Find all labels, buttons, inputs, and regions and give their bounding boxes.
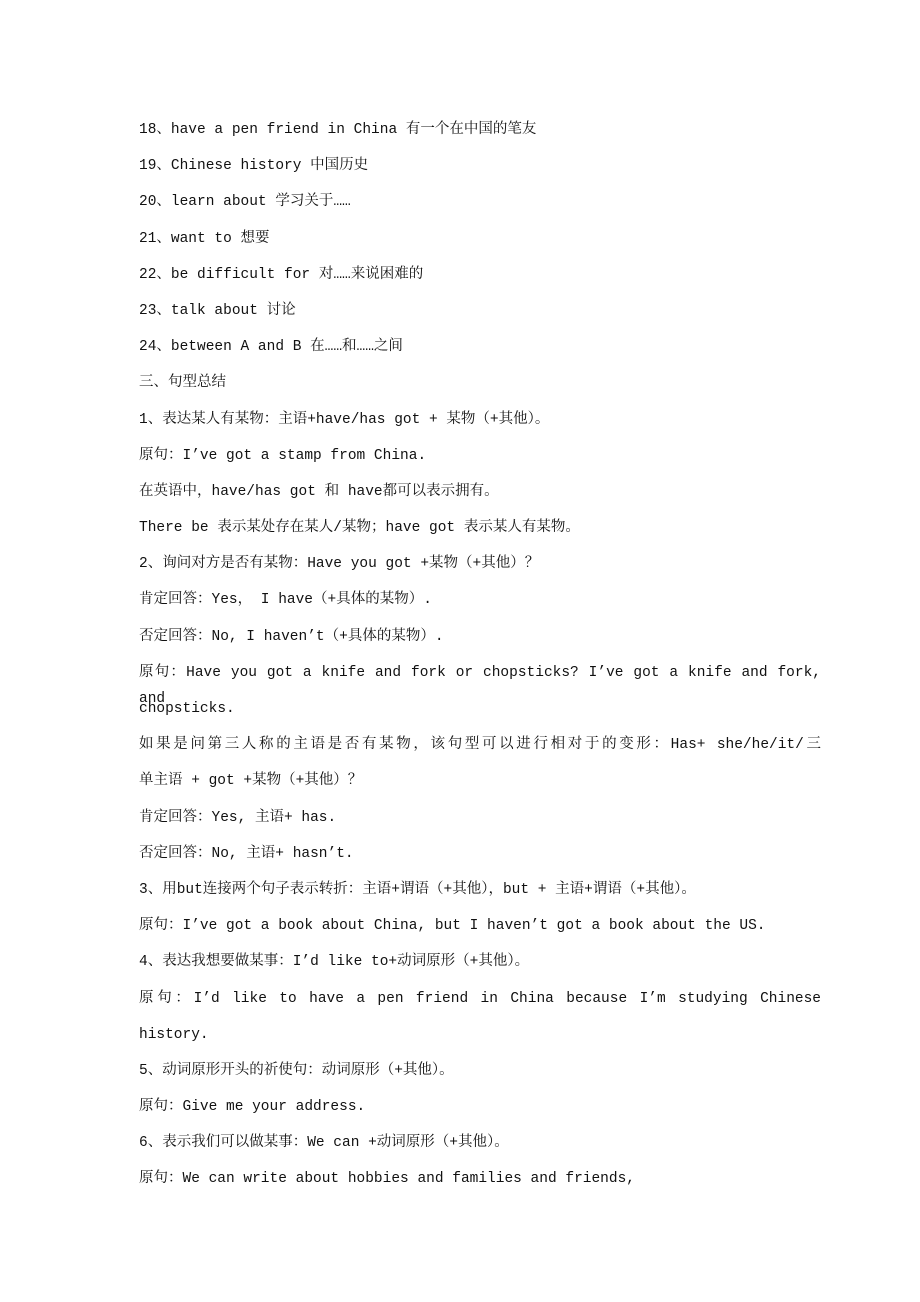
pattern-3-title: 3、用but连接两个句子表示转折：主语+谓语（+其他），but + 主语+谓语（… — [139, 877, 829, 913]
pattern-2-affirmative: 肯定回答：Yes， I have（+具体的某物）. — [139, 587, 829, 623]
pattern-1-title: 1、表达某人有某物：主语+have/has got + 某物（+其他）。 — [139, 407, 829, 443]
section-heading: 三、句型总结 — [139, 370, 829, 406]
pattern-5-title: 5、动词原形开头的祈使句：动词原形（+其他）。 — [139, 1058, 829, 1094]
pattern-2-example-cont: chopsticks. — [139, 696, 829, 732]
pattern-2-negative: 否定回答：No, I haven’t（+具体的某物）. — [139, 624, 829, 660]
pattern-1-note-2: There be 表示某处存在某人/某物；have got 表示某人有某物。 — [139, 515, 829, 551]
pattern-3-example: 原句：I’ve got a book about China, but I ha… — [139, 913, 829, 949]
phrase-item-21: 21、want to 想要 — [139, 226, 829, 262]
pattern-1-example: 原句：I’ve got a stamp from China. — [139, 443, 829, 479]
pattern-2-third-person-note-cont: 单主语 + got +某物（+其他）？ — [139, 768, 829, 804]
pattern-4-title: 4、表达我想要做某事：I’d like to+动词原形（+其他）。 — [139, 949, 829, 985]
pattern-2-third-negative: 否定回答：No, 主语+ hasn’t. — [139, 841, 829, 877]
pattern-4-example-cont: history. — [139, 1022, 829, 1058]
pattern-1-note: 在英语中，have/has got 和 have都可以表示拥有。 — [139, 479, 829, 515]
phrase-item-18: 18、have a pen friend in China 有一个在中国的笔友 — [139, 117, 829, 153]
pattern-2-example: 原句：Have you got a knife and fork or chop… — [139, 660, 821, 696]
phrase-item-22: 22、be difficult for 对……来说困难的 — [139, 262, 829, 298]
phrase-item-20: 20、learn about 学习关于…… — [139, 189, 829, 225]
pattern-2-third-affirmative: 肯定回答：Yes, 主语+ has. — [139, 805, 829, 841]
pattern-4-example: 原句：I’d like to have a pen friend in Chin… — [139, 986, 821, 1022]
phrase-item-23: 23、talk about 讨论 — [139, 298, 829, 334]
pattern-2-title: 2、询问对方是否有某物：Have you got +某物（+其他）？ — [139, 551, 829, 587]
pattern-6-example: 原句：We can write about hobbies and famili… — [139, 1166, 829, 1202]
phrase-item-19: 19、Chinese history 中国历史 — [139, 153, 829, 189]
document-page: 18、have a pen friend in China 有一个在中国的笔友 … — [139, 117, 829, 1203]
phrase-item-24: 24、between A and B 在……和……之间 — [139, 334, 829, 370]
pattern-5-example: 原句：Give me your address. — [139, 1094, 829, 1130]
pattern-2-third-person-note: 如果是问第三人称的主语是否有某物，该句型可以进行相对于的变形：Has+ she/… — [139, 732, 821, 768]
pattern-6-title: 6、表示我们可以做某事：We can +动词原形（+其他）。 — [139, 1130, 829, 1166]
